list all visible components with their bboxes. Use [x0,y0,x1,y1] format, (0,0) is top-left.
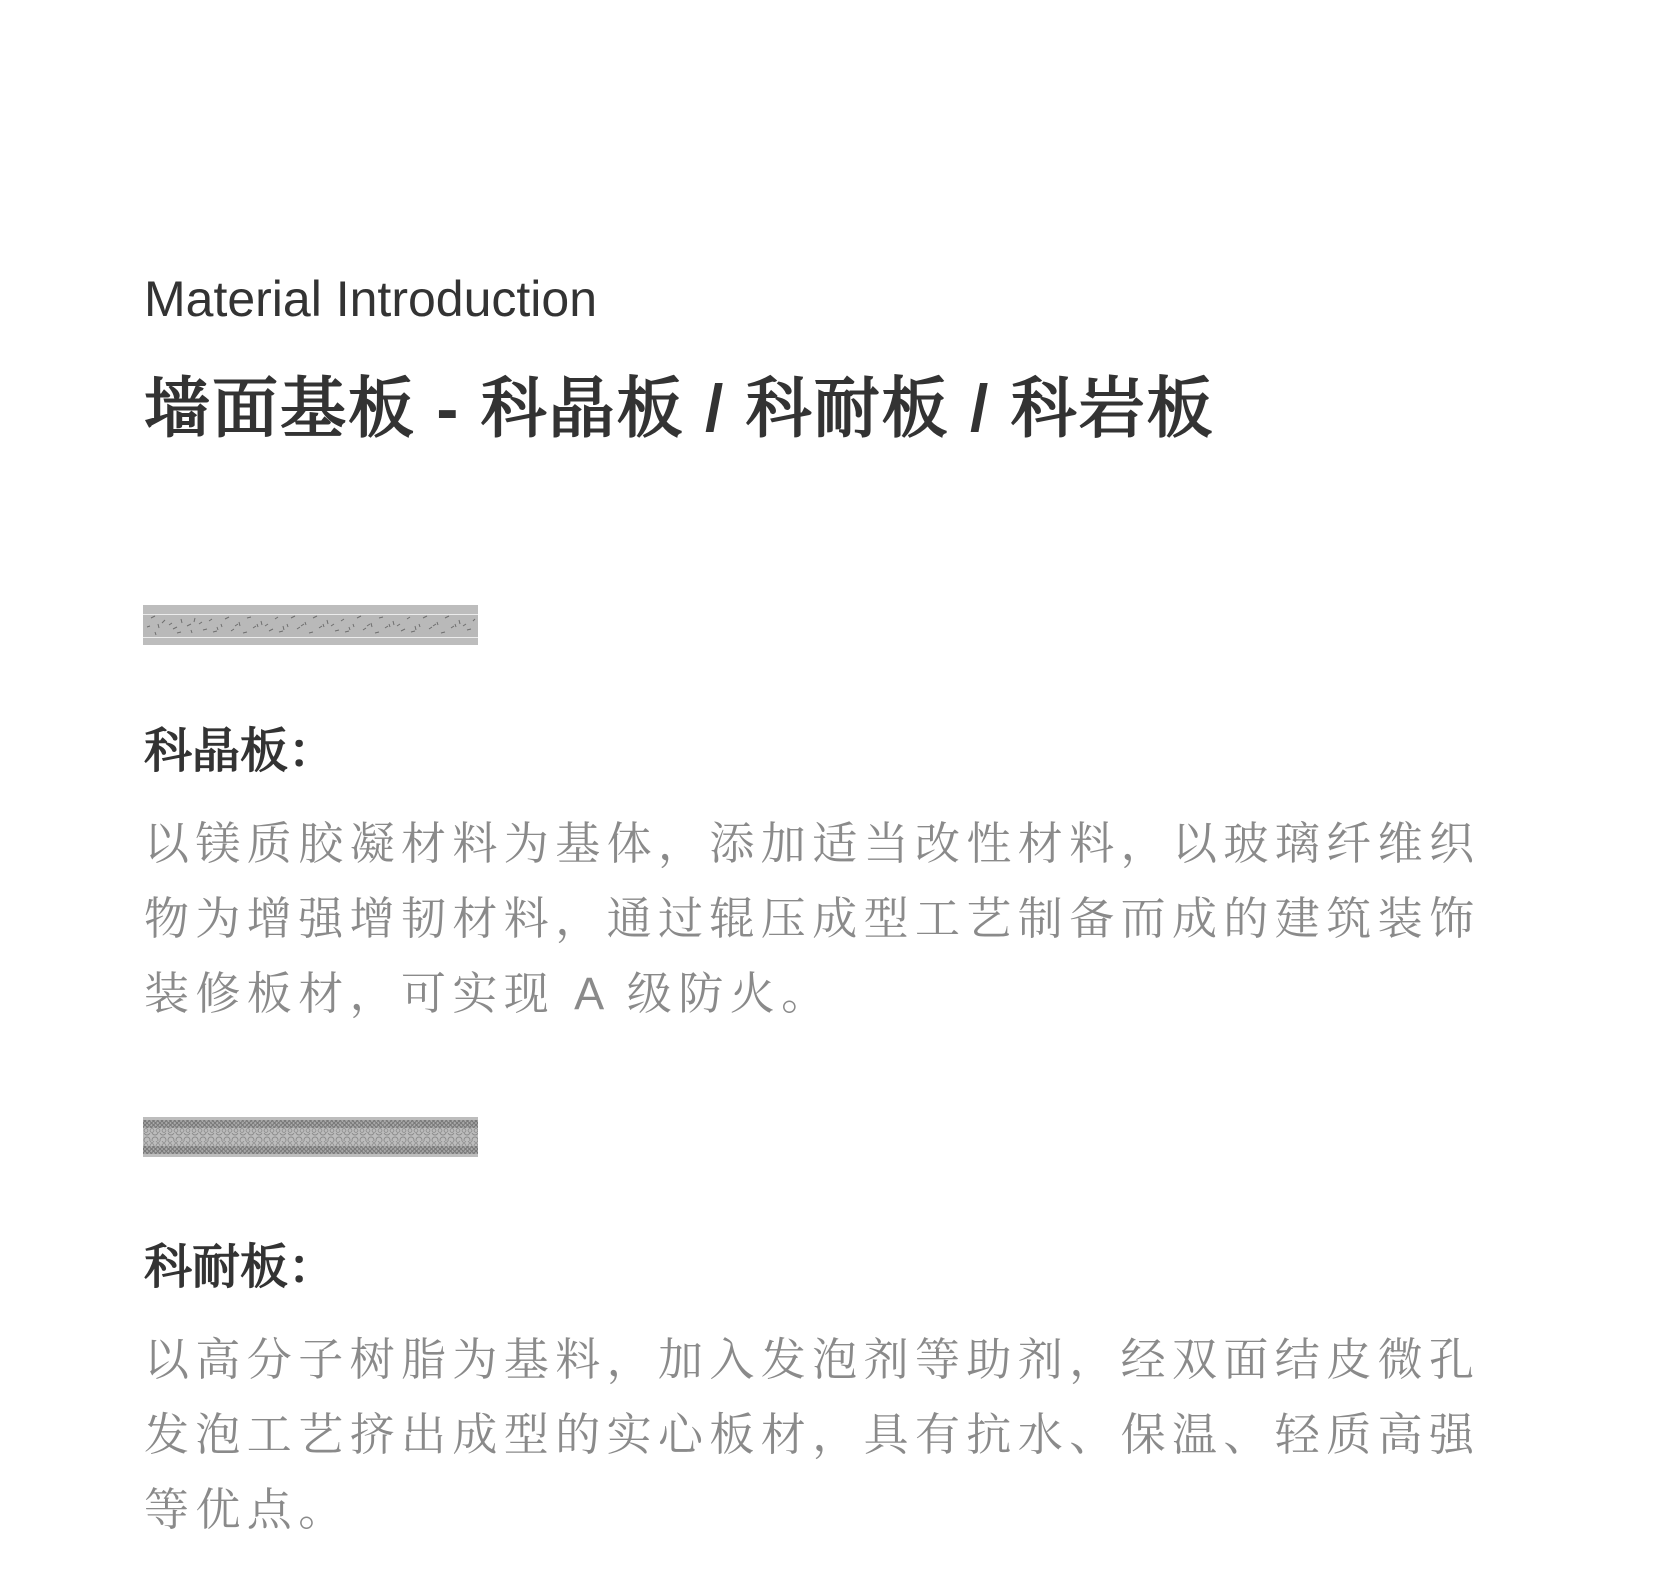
foam-cells-icon [143,1128,478,1146]
skin-layer-bottom [143,1146,478,1154]
section-heading-kejing: 科晶板： [144,712,336,781]
foam-core [143,1128,478,1146]
fiber-texture-swatch [143,605,478,645]
fiber-strands-icon [143,615,478,637]
section-subtitle: Material Introduction [144,270,597,328]
foam-cell-texture-swatch [143,1117,478,1157]
section-description-kejing: 以镁质胶凝材料为基体，添加适当改性材料，以玻璃纤维织 物为增强增韧材料，通过辊压… [144,806,1534,1031]
description-line: 以镁质胶凝材料为基体，添加适当改性材料，以玻璃纤维织 [144,806,1534,881]
description-line: 等优点。 [144,1472,1534,1547]
skin-layer-top [143,1120,478,1128]
description-line: 装修板材，可实现 A 级防火。 [144,956,1534,1031]
description-line: 以高分子树脂为基料，加入发泡剂等助剂，经双面结皮微孔 [144,1322,1534,1397]
page-title: 墙面基板 - 科晶板 / 科耐板 / 科岩板 [144,355,1215,450]
description-line: 发泡工艺挤出成型的实心板材，具有抗水、保温、轻质高强 [144,1397,1534,1472]
description-line: 物为增强增韧材料，通过辊压成型工艺制备而成的建筑装饰 [144,881,1534,956]
fiber-texture-band [143,614,478,638]
section-heading-kenai: 科耐板： [144,1228,336,1297]
section-description-kenai: 以高分子树脂为基料，加入发泡剂等助剂，经双面结皮微孔 发泡工艺挤出成型的实心板材… [144,1322,1534,1547]
